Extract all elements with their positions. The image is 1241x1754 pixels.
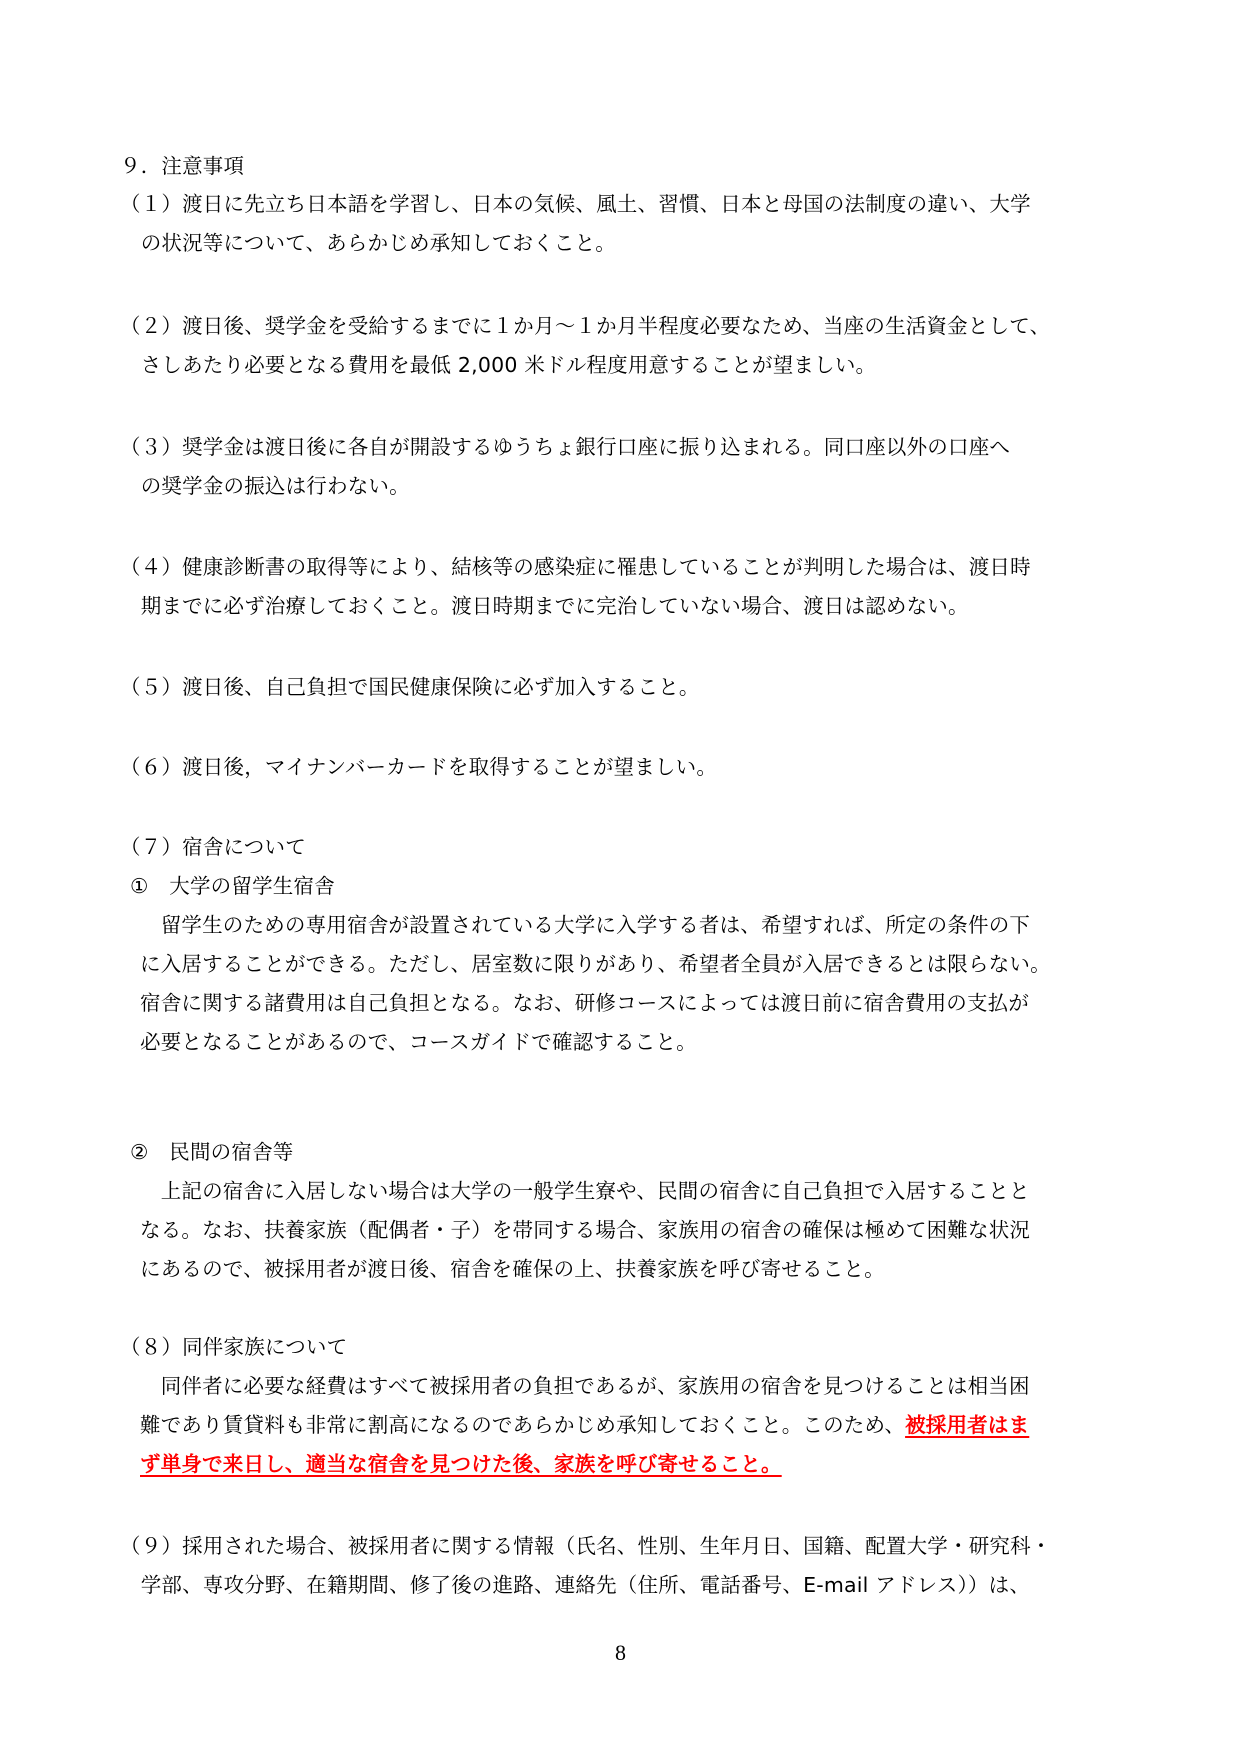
item-9-line-2: 学部、専攻分野、在籍期間、修了後の進路、連絡先（住所、電話番号、E-mail ア… bbox=[120, 1571, 1030, 1599]
page-number: 8 bbox=[0, 1640, 1241, 1666]
item-3-line-1: （３）奨学金は渡日後に各自が開設するゆうちょ銀行口座に振り込まれる。同口座以外の… bbox=[120, 433, 1010, 461]
item-8-line-2: 難であり賃貸料も非常に割高になるのであらかじめ承知しておくこと。このため、被採用… bbox=[140, 1411, 1029, 1439]
item-8-emphasis-part-1: 被採用者はま bbox=[905, 1413, 1029, 1437]
item-8-line-3: ず単身で来日し、適当な宿舎を見つけた後、家族を呼び寄せること。 bbox=[140, 1450, 782, 1478]
item-7-sub-1-line-3: 宿舎に関する諸費用は自己負担となる。なお、研修コースによっては渡日前に宿舎費用の… bbox=[140, 989, 1029, 1017]
item-6-line-1: （６）渡日後，マイナンバーカードを取得することが望ましい。 bbox=[120, 753, 717, 781]
item-7-sub-1-line-2: に入居することができる。ただし、居室数に限りがあり、希望者全員が入居できるとは限… bbox=[140, 950, 1051, 978]
document-page: ９．注意事項 （１）渡日に先立ち日本語を学習し、日本の気候、風土、習慣、日本と母… bbox=[0, 0, 1241, 1754]
item-7-heading: （７）宿舎について bbox=[120, 833, 306, 861]
item-3-line-2: の奨学金の振込は行わない。 bbox=[120, 472, 410, 500]
item-4-line-2: 期までに必ず治療しておくこと。渡日時期までに完治していない場合、渡日は認めない。 bbox=[120, 592, 969, 620]
item-7-sub-1-line-1: 留学生のための専用宿舎が設置されている大学に入学する者は、希望すれば、所定の条件… bbox=[140, 911, 1030, 939]
item-7-sub-1-line-4: 必要となることがあるので、コースガイドで確認すること。 bbox=[140, 1028, 697, 1056]
item-7-sub-2-line-2: なる。なお、扶養家族（配偶者・子）を帯同する場合、家族用の宿舎の確保は極めて困難… bbox=[140, 1216, 1030, 1244]
item-4-line-1: （４）健康診断書の取得等により、結核等の感染症に罹患していることが判明した場合は… bbox=[120, 553, 1031, 581]
item-7-sub-2-line-3: にあるので、被採用者が渡日後、宿舎を確保の上、扶養家族を呼び寄せること。 bbox=[140, 1255, 885, 1283]
item-2-line-2: さしあたり必要となる費用を最低 2,000 米ドル程度用意することが望ましい。 bbox=[120, 351, 876, 379]
item-8-heading: （８）同伴家族について bbox=[120, 1333, 347, 1361]
item-9-line-1: （９）採用された場合、被採用者に関する情報（氏名、性別、生年月日、国籍、配置大学… bbox=[120, 1532, 1052, 1560]
item-8-line-1: 同伴者に必要な経費はすべて被採用者の負担であるが、家族用の宿舎を見つけることは相… bbox=[140, 1372, 1030, 1400]
item-1-line-1: （１）渡日に先立ち日本語を学習し、日本の気候、風土、習慣、日本と母国の法制度の違… bbox=[120, 190, 1031, 218]
item-7-sub-2-heading: ② 民間の宿舎等 bbox=[130, 1138, 293, 1166]
section-title: ９．注意事項 bbox=[120, 152, 244, 180]
item-7-sub-1-heading: ① 大学の留学生宿舎 bbox=[130, 872, 335, 900]
item-8-emphasis-part-2: ず単身で来日し、適当な宿舎を見つけた後、家族を呼び寄せること。 bbox=[140, 1452, 782, 1476]
item-7-sub-2-line-1: 上記の宿舎に入居しない場合は大学の一般学生寮や、民間の宿舎に自己負担で入居するこ… bbox=[140, 1177, 1030, 1205]
item-2-line-1: （２）渡日後、奨学金を受給するまでに１か月～１か月半程度必要なため、当座の生活資… bbox=[120, 312, 1050, 340]
item-5-line-1: （５）渡日後、自己負担で国民健康保険に必ず加入すること。 bbox=[120, 673, 700, 701]
item-8-line-2-text: 難であり賃貸料も非常に割高になるのであらかじめ承知しておくこと。このため、 bbox=[140, 1413, 905, 1437]
item-1-line-2: の状況等について、あらかじめ承知しておくこと。 bbox=[120, 229, 616, 257]
